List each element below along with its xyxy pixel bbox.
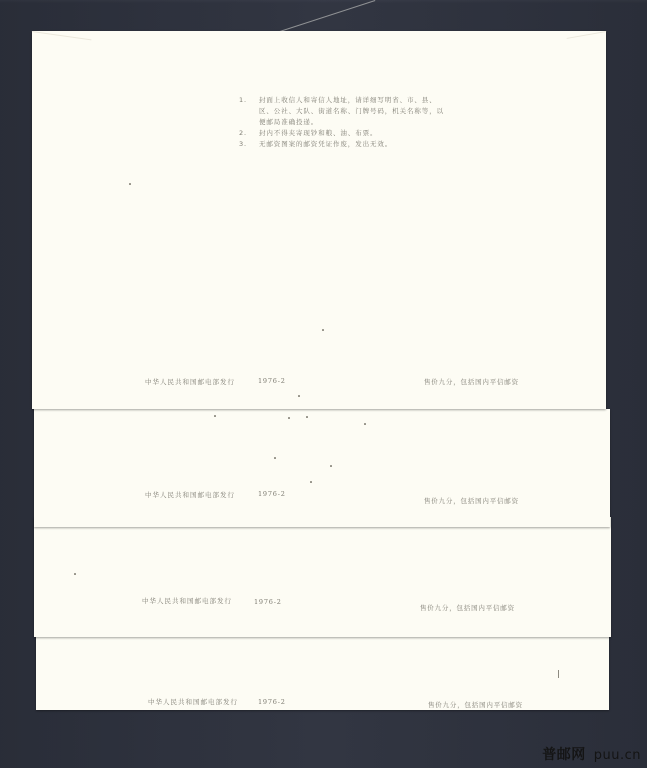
price-text: 售价九分，包括国内平信邮资 (428, 700, 523, 709)
issue-code: 1976-2 (258, 377, 286, 385)
envelope-flap-edge-left (30, 31, 91, 52)
price-text: 售价九分，包括国内平信邮资 (424, 377, 519, 386)
paper-mark (558, 670, 559, 678)
envelope-flap-edge-right (567, 31, 608, 49)
paper-speck (129, 183, 131, 185)
price-text: 售价九分，包括国内平信邮资 (420, 603, 515, 612)
issuer-text: 中华人民共和国邮电部发行 (148, 697, 238, 706)
paper-speck (310, 481, 312, 483)
issue-code: 1976-2 (254, 598, 282, 606)
site-watermark: 普邮网puu.cn (542, 744, 641, 764)
paper-speck (274, 457, 276, 459)
note-text: 封内不得夹寄现钞和粮、油、布票。 (259, 128, 449, 139)
note-number: 3. (239, 139, 259, 150)
postal-notes: 1. 封面上收信人和寄信人地址，请详细写明省、市、县、区、公社、大队、街道名称、… (239, 95, 449, 150)
paper-speck (364, 423, 366, 425)
issuer-text: 中华人民共和国邮电部发行 (145, 377, 235, 386)
issue-code: 1976-2 (258, 698, 286, 706)
note-item: 3. 无邮资图案的邮资凭证作废，发出无效。 (239, 139, 449, 150)
note-item: 2. 封内不得夹寄现钞和粮、油、布票。 (239, 128, 449, 139)
paper-speck (74, 573, 76, 575)
envelope-4: 中华人民共和国邮电部发行 1976-2 售价九分，包括国内平信邮资 (36, 628, 609, 710)
note-text: 无邮资图案的邮资凭证作废，发出无效。 (259, 139, 449, 150)
issuer-text: 中华人民共和国邮电部发行 (145, 490, 235, 499)
paper-speck (330, 465, 332, 467)
issuer-text: 中华人民共和国邮电部发行 (142, 596, 232, 605)
watermark-domain: puu.cn (594, 748, 641, 763)
envelope-3: 中华人民共和国邮电部发行 1976-2 售价九分，包括国内平信邮资 (34, 517, 611, 637)
paper-speck (298, 395, 300, 397)
note-number: 2. (239, 128, 259, 139)
paper-speck (214, 415, 216, 417)
envelope-1: 1. 封面上收信人和寄信人地址，请详细写明省、市、县、区、公社、大队、街道名称、… (32, 31, 606, 409)
note-number: 1. (239, 95, 259, 128)
envelope-2: 中华人民共和国邮电部发行 1976-2 售价九分，包括国内平信邮资 (34, 409, 610, 527)
issue-code: 1976-2 (258, 490, 286, 498)
note-text: 封面上收信人和寄信人地址，请详细写明省、市、县、区、公社、大队、街道名称、门牌号… (259, 95, 449, 128)
note-item: 1. 封面上收信人和寄信人地址，请详细写明省、市、县、区、公社、大队、街道名称、… (239, 95, 449, 128)
paper-speck (306, 416, 308, 418)
price-text: 售价九分，包括国内平信邮资 (424, 496, 519, 505)
paper-speck (288, 417, 290, 419)
paper-speck (322, 329, 324, 331)
watermark-site-name: 普邮网 (542, 747, 586, 763)
